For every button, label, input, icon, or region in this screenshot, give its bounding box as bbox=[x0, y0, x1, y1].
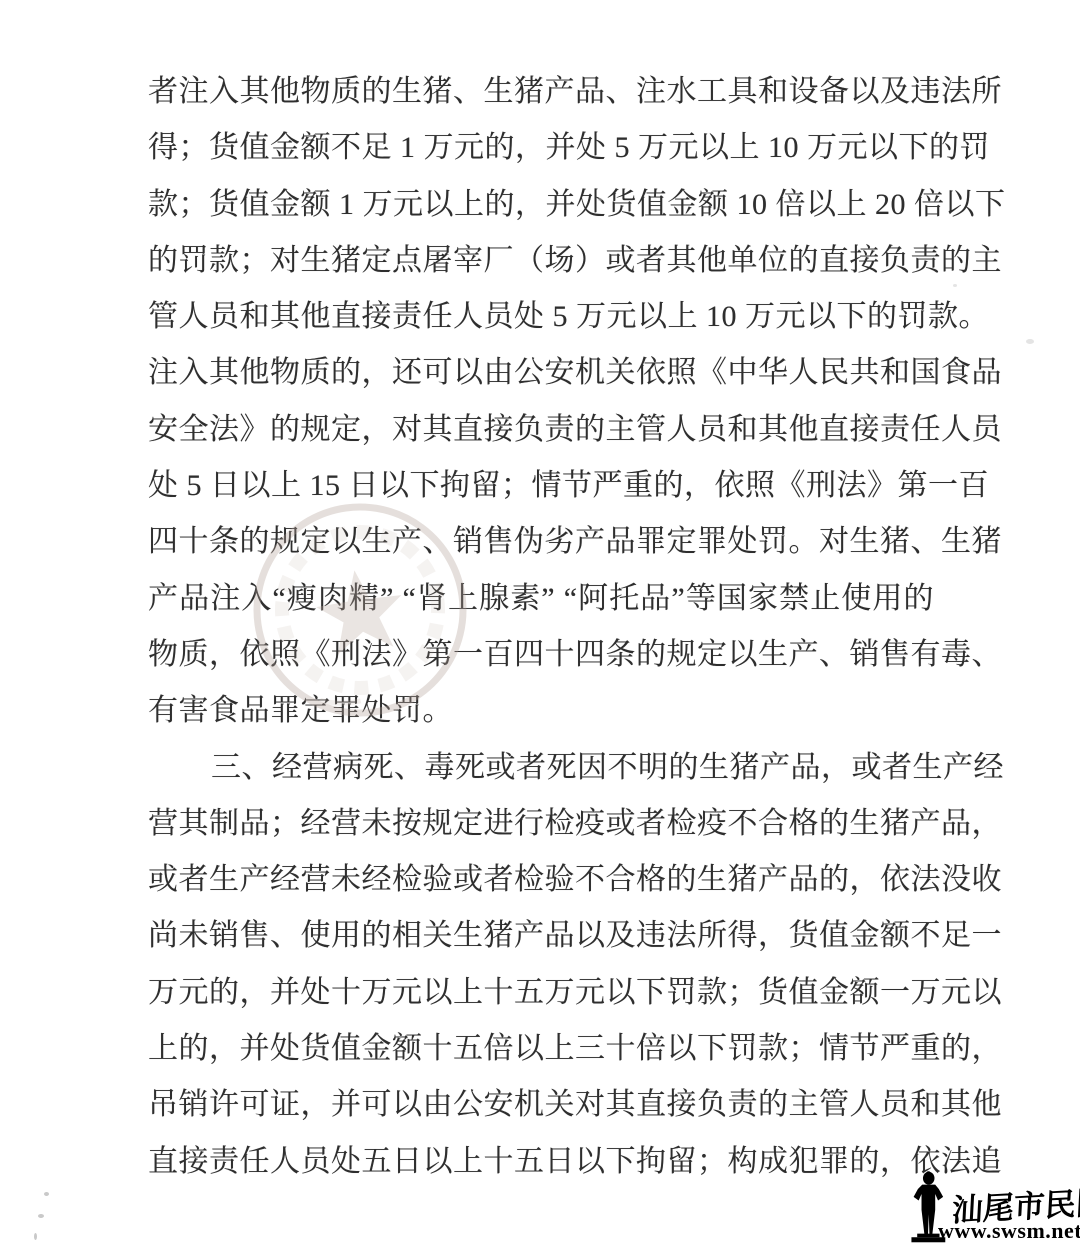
scan-speck bbox=[1026, 339, 1034, 344]
scanned-document-page: 者注入其他物质的生猪、生猪产品、注水工具和设备以及违法所得；货值金额不足 1 万… bbox=[0, 0, 1080, 1243]
text-line: 或者生产经营未经检验或者检验不合格的生猪产品的，依法没收 bbox=[148, 852, 934, 908]
text-line: 上的，并处货值金额十五倍以上三十倍以下罚款；情节严重的， bbox=[148, 1021, 934, 1077]
text-line: 款；货值金额 1 万元以上的，并处货值金额 10 倍以上 20 倍以下 bbox=[148, 177, 934, 233]
text-line: 处 5 日以上 15 日以下拘留；情节严重的，依照《刑法》第一百 bbox=[148, 458, 934, 514]
text-line: 得；货值金额不足 1 万元的，并处 5 万元以上 10 万元以下的罚 bbox=[148, 120, 934, 176]
text-line: 注入其他物质的，还可以由公安机关依照《中华人民共和国食品 bbox=[148, 345, 934, 401]
text-line: 管人员和其他直接责任人员处 5 万元以上 10 万元以下的罚款。 bbox=[148, 289, 934, 345]
text-line: 产品注入“瘦肉精” “肾上腺素” “阿托品”等国家禁止使用的 bbox=[148, 571, 934, 627]
text-line: 的罚款；对生猪定点屠宰厂（场）或者其他单位的直接负责的主 bbox=[148, 233, 934, 289]
text-line: 者注入其他物质的生猪、生猪产品、注水工具和设备以及违法所 bbox=[148, 64, 934, 120]
text-line: 直接责任人员处五日以上十五日以下拘留；构成犯罪的，依法追 bbox=[148, 1134, 934, 1190]
scan-speck bbox=[34, 1233, 37, 1240]
text-line: 三、经营病死、毒死或者死因不明的生猪产品，或者生产经 bbox=[148, 740, 934, 796]
logo-site-url: www.swsm.net bbox=[938, 1218, 1080, 1243]
scan-speck bbox=[953, 284, 957, 287]
text-line: 四十条的规定以生产、销售伪劣产品罪定罪处罚。对生猪、生猪 bbox=[148, 514, 934, 570]
legal-text: 者注入其他物质的生猪、生猪产品、注水工具和设备以及违法所得；货值金额不足 1 万… bbox=[148, 64, 934, 1190]
text-line: 吊销许可证，并可以由公安机关对其直接负责的主管人员和其他 bbox=[148, 1077, 934, 1133]
text-line: 安全法》的规定，对其直接负责的主管人员和其他直接责任人员 bbox=[148, 402, 934, 458]
text-line: 营其制品；经营未按规定进行检疫或者检疫不合格的生猪产品， bbox=[148, 796, 934, 852]
text-line: 万元的，并处十万元以上十五万元以下罚款；货值金额一万元以 bbox=[148, 965, 934, 1021]
scan-speck bbox=[598, 198, 602, 201]
text-line: 尚未销售、使用的相关生猪产品以及违法所得，货值金额不足一 bbox=[148, 908, 934, 964]
swsm-watermark-logo: 汕尾市民网 www.swsm.net bbox=[902, 1171, 1080, 1243]
text-line: 有害食品罪定罪处罚。 bbox=[148, 683, 934, 739]
scan-speck bbox=[38, 1214, 44, 1218]
text-line: 物质，依照《刑法》第一百四十四条的规定以生产、销售有毒、 bbox=[148, 627, 934, 683]
scan-speck bbox=[44, 1192, 49, 1196]
